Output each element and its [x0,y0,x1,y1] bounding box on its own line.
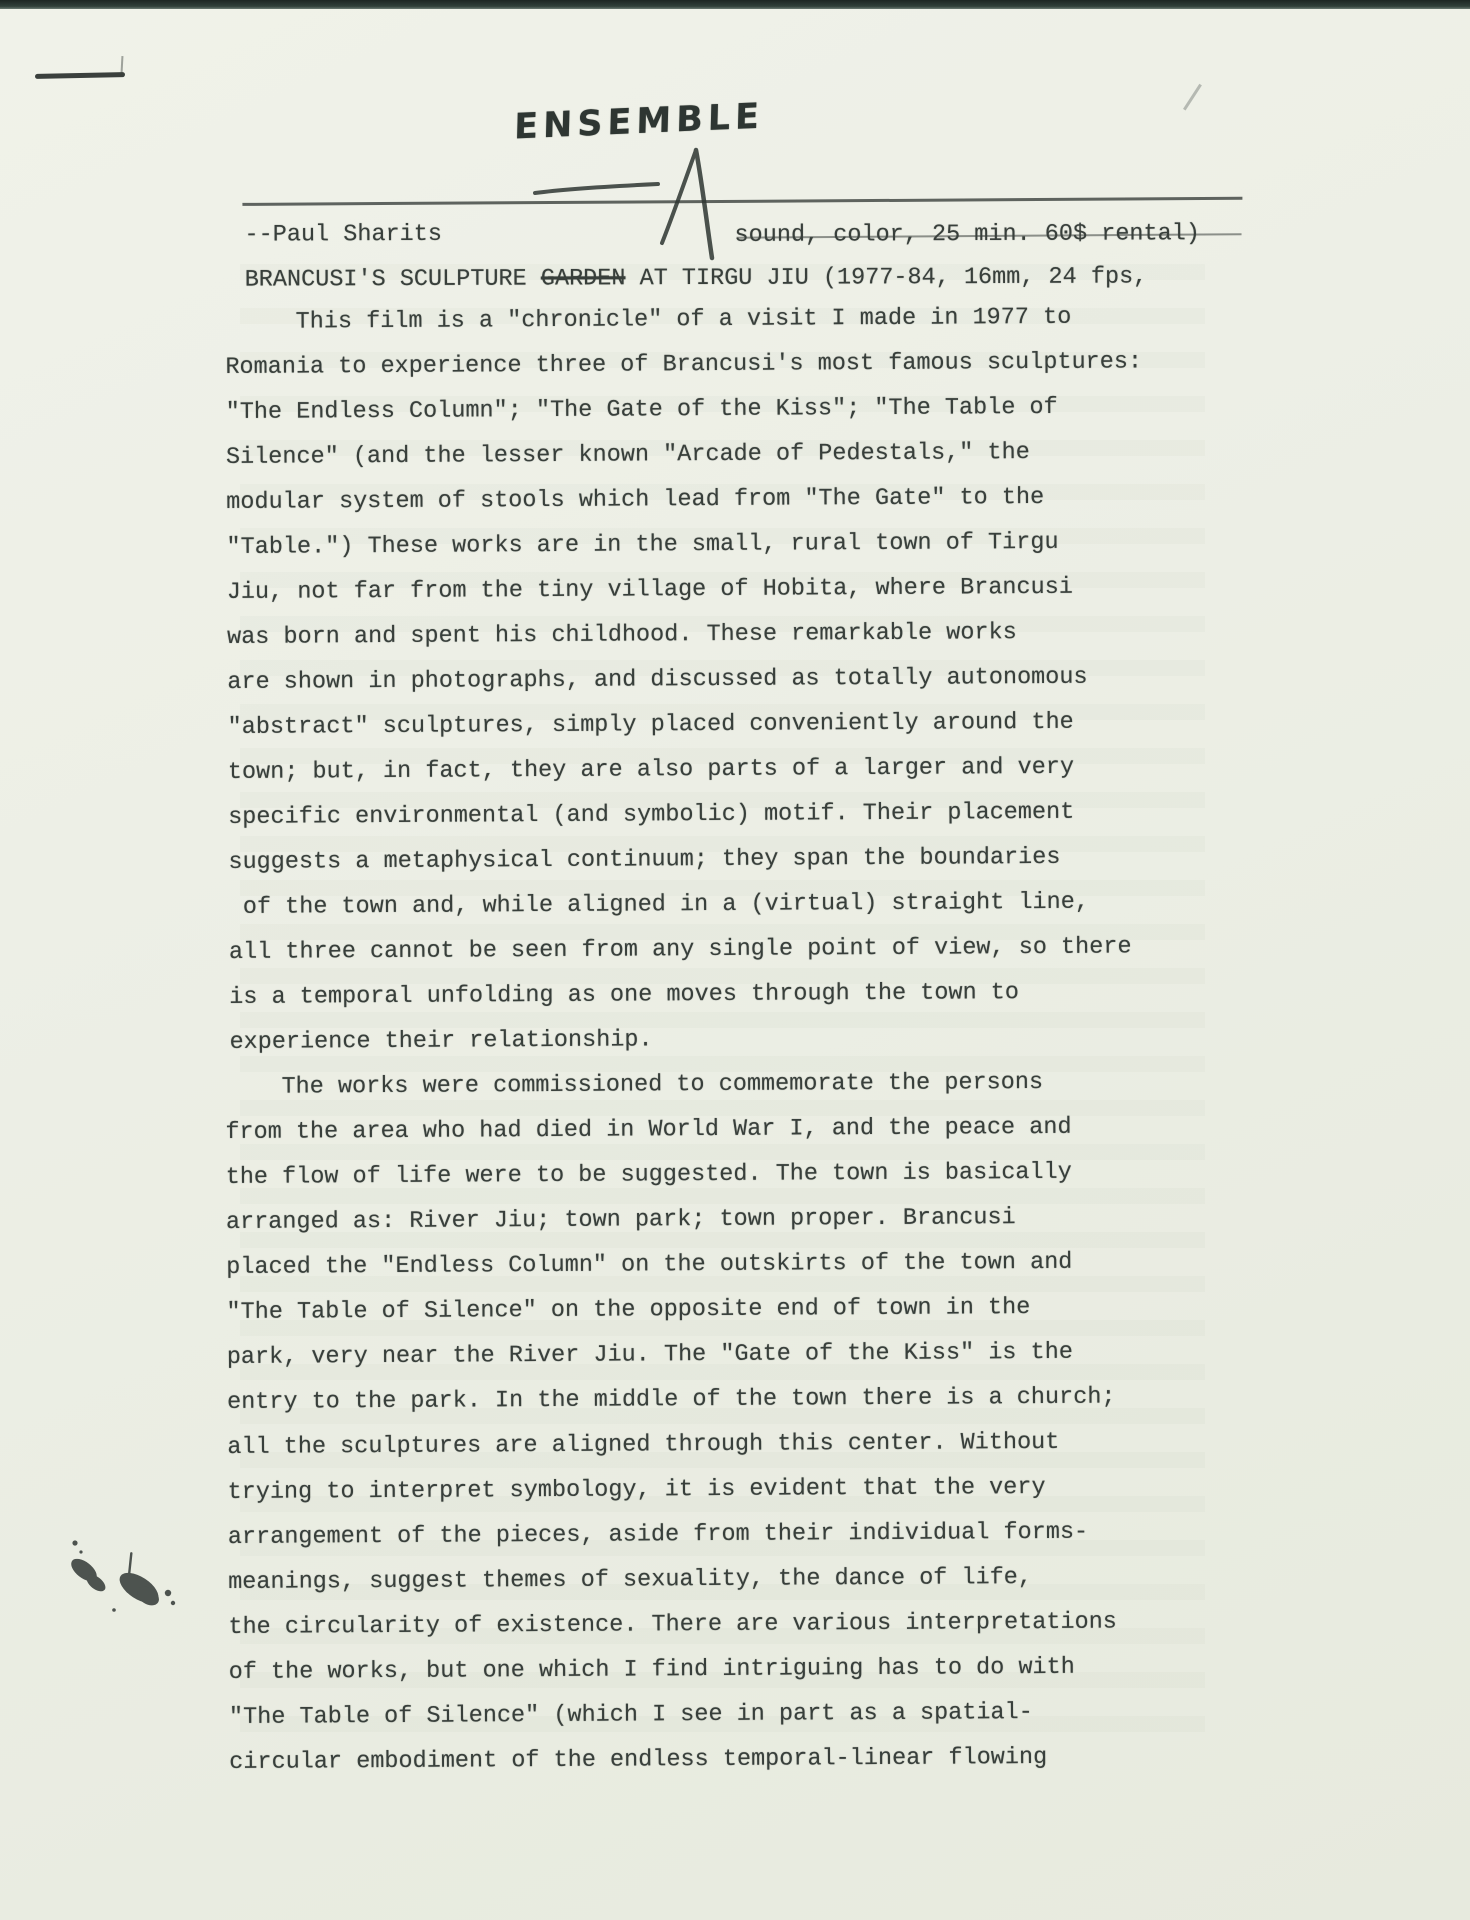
handwritten-ensemble-annotation: ENSEMBLE [514,97,765,148]
title-underline-rule [242,197,1242,206]
scanned-typewritten-page: ENSEMBLE BRANCUSI'S SCULPTURE GARDEN AT … [0,0,1470,1920]
body-paragraph-1: This film is a "chronicle" of a visit I … [225,294,1210,1065]
ink-blot-marks [30,1490,210,1650]
handwritten-tick-mark [121,56,124,73]
film-details: sound, color, 25 min. 60$ rental) [734,211,1200,258]
faint-pencil-slash [1183,84,1201,111]
scanner-edge-shadow [0,0,1470,9]
author-byline: --Paul Sharits [244,212,442,258]
title-text: BRANCUSI'S SCULPTURE [245,266,541,294]
handwritten-dash-mark [35,72,125,78]
struck-word-garden: GARDEN [541,265,626,292]
body-paragraph-2: The works were commissioned to commemora… [225,1059,1209,1785]
title-text-continued: AT TIRGU JIU (1977-84, 16mm, 24 fps, [625,263,1147,292]
